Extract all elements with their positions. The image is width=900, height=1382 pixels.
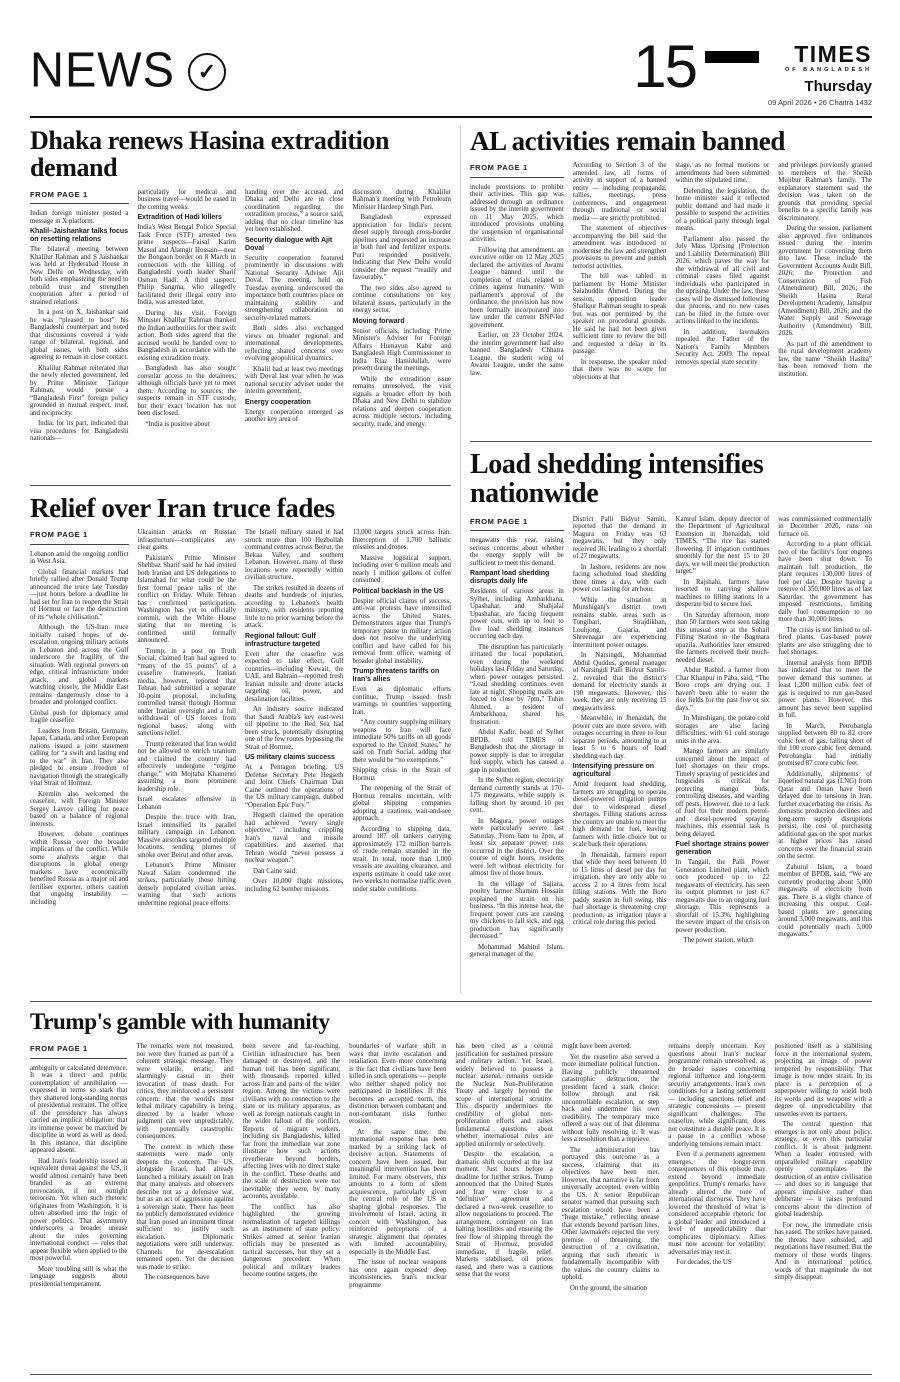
paragraph: Security cooperation featured prominentl… <box>245 255 344 323</box>
paragraph: The bilateral meeting between Khalilur R… <box>30 246 129 306</box>
day-of-week: Thursday <box>804 78 872 95</box>
right-column-stack: AL activities remain banned FROM PAGE 1i… <box>470 126 872 993</box>
column: 13,000 targets struck across Iran. Inter… <box>353 529 452 910</box>
paragraph: Although the US-Iran truce initially rai… <box>30 624 129 707</box>
paragraph: ambiguity or calculated deterrence. It w… <box>30 1065 127 1155</box>
page-number: 15 <box>633 40 696 94</box>
paragraph: During the session, parliament also appr… <box>778 225 872 338</box>
column: has been cited as a central justificatio… <box>456 1043 553 1295</box>
paragraph: The context in which these statements we… <box>136 1144 233 1272</box>
paragraph: The issue of nuclear weapons has once ag… <box>349 1259 446 1289</box>
paragraph: The conflict has also highlighted the gr… <box>243 1204 340 1279</box>
column: and privileges previously granted to mem… <box>778 162 872 384</box>
column: FROM PAGE 1include provisions to prohibi… <box>470 162 564 384</box>
subhead: Intensifying pressure on agricultural <box>573 763 667 779</box>
paragraph: Earlier, on 23 October 2024, the interim… <box>470 332 564 377</box>
paragraph: Kremlin also welcomed the ceasefire, wit… <box>30 791 129 829</box>
paragraph: Leaders from Britain, Germany, Japan, Ca… <box>30 728 129 788</box>
column: FROM PAGE 1ambiguity or calculated deter… <box>30 1043 127 1295</box>
paragraph: More troubling still is what the languag… <box>30 1266 127 1289</box>
article-iran-truce: Relief over Iran truce fades FROM PAGE 1… <box>30 493 451 993</box>
paragraph: Despite the truce with Iran, Israel inte… <box>138 814 237 859</box>
paragraph: According to Section 3 of the amended la… <box>573 162 667 222</box>
section-title: NEWS <box>30 45 175 94</box>
paragraph: The remarks were not measured, nor were … <box>136 1043 233 1141</box>
masthead-bar <box>705 51 759 63</box>
article-columns: FROM PAGE 1Indian foreign minister poste… <box>30 189 451 446</box>
paragraph: According to a plant official, two of th… <box>778 541 872 624</box>
kicker: FROM PAGE 1 <box>30 189 129 205</box>
paragraph: Amid frequent load shedding, farmers are… <box>573 781 667 849</box>
left-column-stack: Dhaka renews Hasina extradition demand F… <box>30 126 451 993</box>
paragraph: The crisis is not limited to oil-fired p… <box>778 627 872 657</box>
newspaper-page: NEWS ✓ 15 TIMES OF BANGLADESH Thursday 0… <box>0 0 900 1382</box>
article-headline: Relief over Iran truce fades <box>30 494 451 522</box>
column: Ukrainian attacks on Russian infrastruct… <box>138 529 237 910</box>
paragraph: The power station, which <box>676 937 770 945</box>
paragraph: In the Sylhet region, electricity demand… <box>470 777 564 815</box>
paragraph: Despite official claims of success, anti… <box>353 598 452 666</box>
paragraph: In Narsingdi, Mohammad Abdul Quddus, gen… <box>573 652 667 712</box>
paragraph: positioned itself as a stabilising force… <box>775 1043 872 1118</box>
paragraph: discussion during Khalilur Rahman's meet… <box>353 189 452 212</box>
brand-subtitle: OF BANGLADESH <box>785 67 872 73</box>
paragraph: Global financial markets had briefly ral… <box>30 569 129 622</box>
paragraph: Parliament also passed the July Mass Upr… <box>676 236 770 326</box>
paragraph: Hegseth claimed the operation had achiev… <box>245 812 344 865</box>
article-headline: Load shedding intensifies nationwide <box>470 450 872 509</box>
paragraph: An industry source indicated that Saudi … <box>245 706 344 751</box>
paragraph: Mohammad Mahitul Islam, general manager … <box>470 944 564 959</box>
paragraph: On the ground, the situation <box>562 1285 659 1293</box>
section-brand: NEWS ✓ <box>30 46 226 93</box>
paragraph: Abdul Kadir, head of Sylhet BPDB, told T… <box>470 729 564 774</box>
subhead: US military claims success <box>245 754 344 762</box>
kicker: FROM PAGE 1 <box>30 1043 127 1059</box>
column: District Palli Bidyut Samiti, reported t… <box>573 516 667 962</box>
paragraph: While the extradition issue remains unre… <box>353 376 452 429</box>
column: According to Section 3 of the amended la… <box>573 162 667 384</box>
paragraph: In Munshiganj, the potato cold storages … <box>676 715 770 745</box>
header-rule <box>30 116 872 118</box>
paragraph: At a Pentagon briefing, US Defense Secre… <box>245 764 344 809</box>
paragraph: Global push for diplomacy amid fragile c… <box>30 710 129 725</box>
kicker: FROM PAGE 1 <box>470 516 564 532</box>
paragraph: Over 10,000 flight missions, including 6… <box>245 878 344 893</box>
column: The Israeli military stated it had struc… <box>245 529 344 910</box>
paragraph: During his visit, Foreign Minister Khali… <box>138 310 237 363</box>
paragraph: Bangladesh expressed appreciation for In… <box>353 214 452 282</box>
column: FROM PAGE 1Lebanon amid the ongoing conf… <box>30 529 129 910</box>
masthead-block: TIMES OF BANGLADESH Thursday 09 April 20… <box>768 44 872 107</box>
paragraph: include provisions to prohibit their act… <box>470 184 564 244</box>
section-divider <box>470 441 872 442</box>
paragraph: As part of the amendment to the rural de… <box>778 341 872 379</box>
paragraph: Mango farmers are similarly concerned ab… <box>676 748 770 838</box>
paragraph: For decades, the US <box>668 1259 765 1267</box>
paragraph: At the same time, the international resp… <box>349 1129 446 1257</box>
article-load-shedding: Load shedding intensifies nationwide FRO… <box>470 449 872 993</box>
kicker: FROM PAGE 1 <box>30 529 129 545</box>
paragraph: Lebanon amid the ongoing conflict in Wes… <box>30 551 129 566</box>
article-headline: Trump's gamble with humanity <box>30 1010 872 1034</box>
paragraph: The two sides also agreed to continue co… <box>353 285 452 315</box>
paragraph: and privileges previously granted to mem… <box>778 162 872 222</box>
paragraph: The administration has portrayed this ou… <box>562 1147 659 1282</box>
article-columns: FROM PAGE 1Lebanon amid the ongoing conf… <box>30 529 451 910</box>
paragraph: megawatts this year, raising serious con… <box>470 537 564 567</box>
article-columns: FROM PAGE 1ambiguity or calculated deter… <box>30 1043 872 1295</box>
column: remains deeply uncertain. Key questions … <box>668 1043 765 1295</box>
column: was commissioned commercially in Decembe… <box>778 516 872 962</box>
paragraph: Abdur Rashid, a farmer from Char Khanpur… <box>676 667 770 712</box>
paragraph: Yet the ceasefire also served a more imm… <box>562 1054 659 1144</box>
paragraph: “India is positive about <box>138 421 237 429</box>
paragraph: In Magura, power outages were particular… <box>470 818 564 878</box>
paragraph: Lebanon's Prime Minister Nawaf Salam con… <box>138 862 237 907</box>
masthead: 15 TIMES OF BANGLADESH Thursday 09 April… <box>633 40 872 107</box>
article-columns: FROM PAGE 1megawatts this year, raising … <box>470 516 872 962</box>
subhead: Regional fallout: Gulf infrastructure ta… <box>245 633 344 649</box>
column: FROM PAGE 1Indian foreign minister poste… <box>30 189 129 446</box>
subhead: Energy cooperation <box>245 399 344 407</box>
main-content-row: Dhaka renews Hasina extradition demand F… <box>30 126 872 993</box>
column: handing over the accused, and Dhaka and … <box>245 189 344 446</box>
paragraph: Shipping crisis in the Strait of Hormuz <box>353 767 452 782</box>
vertical-divider <box>460 126 461 993</box>
column: FROM PAGE 1megawatts this year, raising … <box>470 516 564 962</box>
paragraph: might have been averted. <box>562 1043 659 1051</box>
column: Kamrul Islam, deputy director of the Dep… <box>676 516 770 962</box>
paragraph: Even if a permanent agreement emerges, t… <box>668 1151 765 1256</box>
article-headline: AL activities remain banned <box>470 127 872 155</box>
paragraph: Khalil had at least two meetings with Do… <box>245 366 344 396</box>
article-dhaka-extradition: Dhaka renews Hasina extradition demand F… <box>30 126 451 478</box>
paragraph: District Palli Bidyut Samiti, reported t… <box>573 516 667 561</box>
subhead: Rampant load shedding disrupts daily lif… <box>470 570 564 586</box>
paragraph: Bangladesh has also sought consular acce… <box>138 365 237 418</box>
paragraph: Dan Caine said: <box>245 868 344 876</box>
paragraph: In the village of Sajiara, poultry farme… <box>470 881 564 941</box>
paragraph: Ukrainian attacks on Russian infrastruct… <box>138 529 237 552</box>
check-icon: ✓ <box>188 53 226 91</box>
paragraph: 13,000 targets struck across Iran. Inter… <box>353 529 452 552</box>
date-line: 09 April 2026 • 26 Chaitra 1432 <box>768 98 872 107</box>
paragraph: According to shipping data, around 187 o… <box>353 826 452 894</box>
paragraph: In Rajshahi, farmers have resorted to ca… <box>676 579 770 609</box>
paragraph: Following that amendment, an executive o… <box>470 247 564 330</box>
paragraph: Residents of various areas in Sylhet, in… <box>470 588 564 641</box>
article-headline: Dhaka renews Hasina extradition demand <box>30 127 451 182</box>
subhead: Security dialogue with Ajit Doval <box>245 237 344 253</box>
subhead: Fuel shortage strains power generation <box>676 841 770 857</box>
paragraph: In Jhenaidah, farmers report that while … <box>573 852 667 927</box>
article-trump-gamble: Trump's gamble with humanity FROM PAGE 1… <box>30 1009 872 1367</box>
paragraph: Both sides also exchanged views on broad… <box>245 325 344 363</box>
paragraph: Despite the escalation, a dramatic shift… <box>456 1151 553 1279</box>
column: The remarks were not measured, nor were … <box>136 1043 233 1295</box>
paragraph: In response, the speaker ruled that ther… <box>573 359 667 382</box>
subhead: Political backlash in the US <box>353 588 452 596</box>
paragraph: The strikes resulted in dozens of deaths… <box>245 585 344 630</box>
bottom-rule <box>30 1374 872 1375</box>
column: particularly for medical and business tr… <box>138 189 237 446</box>
paragraph: Zahurul Islam, a board member of BPDB, s… <box>778 864 872 939</box>
paragraph: While the situation in Munshiganj's dist… <box>573 597 667 650</box>
paragraph: Pakistan's Prime Minister Shehbaz Sharif… <box>138 555 237 645</box>
column: might have been averted.Yet the ceasefir… <box>562 1043 659 1295</box>
paragraph: In March, Petrobangla supplied between 8… <box>778 723 872 768</box>
paragraph: Israel escalates offensive in Lebanon <box>138 796 237 811</box>
subhead: Moving forward <box>353 318 452 326</box>
paragraph: Kamrul Islam, deputy director of the Dep… <box>676 516 770 576</box>
paragraph: The consequences have <box>136 1274 233 1282</box>
paragraph: The reopening of the Strait of Hormuz re… <box>353 785 452 823</box>
paragraph: particularly for medical and business tr… <box>138 189 237 212</box>
brand-name: TIMES <box>794 44 872 65</box>
paragraph: Meanwhile, in Jhenaidah, the power cuts … <box>573 715 667 760</box>
paragraph: “Any country supplying military weapons … <box>353 719 452 764</box>
paragraph: Even as diplomatic efforts continue, Tru… <box>353 686 452 716</box>
paragraph: Defending the legislation, the home mini… <box>676 188 770 233</box>
paragraph: has been cited as a central justificatio… <box>456 1043 553 1148</box>
paragraph: remains deeply uncertain. Key questions … <box>668 1043 765 1148</box>
paragraph: The disruption has particularly irritate… <box>470 644 564 727</box>
subhead: Khalil–Jaishankar talks focus on resetti… <box>30 228 129 244</box>
paragraph: been severe and far-reaching. Civilian i… <box>243 1043 340 1201</box>
paragraph: In Jashore, residents are now facing sch… <box>573 564 667 594</box>
paragraph: Senior officials, including Prime Minist… <box>353 328 452 373</box>
paragraph: Even after the ceasefire was expected to… <box>245 651 344 704</box>
paragraph: India's West Bengal Police Special Task … <box>138 224 237 307</box>
column: been severe and far-reaching. Civilian i… <box>243 1043 340 1295</box>
paragraph: On Saturday afternoon, more than 50 farm… <box>676 612 770 665</box>
paragraph: Massive logistical support, including ov… <box>353 555 452 585</box>
paragraph: handing over the accused, and Dhaka and … <box>245 189 344 234</box>
column: discussion during Khalilur Rahman's meet… <box>353 189 452 446</box>
paragraph: Trump, in a post on Truth Social, claime… <box>138 648 237 738</box>
paragraph: The Israeli military stated it had struc… <box>245 529 344 582</box>
paragraph: India, for its part, indicated that visa… <box>30 420 129 443</box>
paragraph: Additionally, shipments of liquefied nat… <box>778 771 872 861</box>
paragraph: Energy cooperation emerged as another ke… <box>245 409 344 424</box>
paragraph: In a post on X, Jaishankar said he was “… <box>30 309 129 362</box>
article-al-banned: AL activities remain banned FROM PAGE 1i… <box>470 126 872 434</box>
paragraph: The central question that emerges is not… <box>775 1121 872 1219</box>
paragraph: Had Iran's leadership issued an equivale… <box>30 1158 127 1263</box>
paragraph: boundaries of warfare shift in ways that… <box>349 1043 446 1126</box>
paragraph: However, debate continues within Russia … <box>30 831 129 906</box>
paragraph: The bill was tabled in parliament by Hom… <box>573 273 667 356</box>
column: boundaries of warfare shift in ways that… <box>349 1043 446 1295</box>
column: positioned itself as a stabilising force… <box>775 1043 872 1295</box>
kicker: FROM PAGE 1 <box>470 162 564 178</box>
paragraph: Trump reiterated that Iran would not be … <box>138 741 237 794</box>
section-divider <box>30 485 451 486</box>
subhead: Extradition of Hadi killers <box>138 214 237 222</box>
paragraph: was commissioned commercially in Decembe… <box>778 516 872 539</box>
article-columns: FROM PAGE 1include provisions to prohibi… <box>470 162 872 384</box>
page-header: NEWS ✓ 15 TIMES OF BANGLADESH Thursday 0… <box>30 38 872 114</box>
paragraph: For now, the immediate crisis has eased.… <box>775 1222 872 1282</box>
column: stage, as no formal motions or amendment… <box>676 162 770 384</box>
paragraph: The statement of objectives accompanying… <box>573 225 667 270</box>
paragraph: Internal analysis from BPDB has indicate… <box>778 660 872 720</box>
subhead: Trump threatens tariffs on Iran's allies <box>353 668 452 684</box>
paragraph: stage, as no formal motions or amendment… <box>676 162 770 185</box>
paragraph: In Tangail, the Palli Power Generation L… <box>676 859 770 934</box>
paragraph: Indian foreign minister posted a message… <box>30 210 129 225</box>
paragraph: Khalilur Rahman reiterated that the newl… <box>30 365 129 418</box>
paragraph: In addition, lawmakers repealed the Fath… <box>676 329 770 367</box>
section-divider <box>30 1001 872 1002</box>
